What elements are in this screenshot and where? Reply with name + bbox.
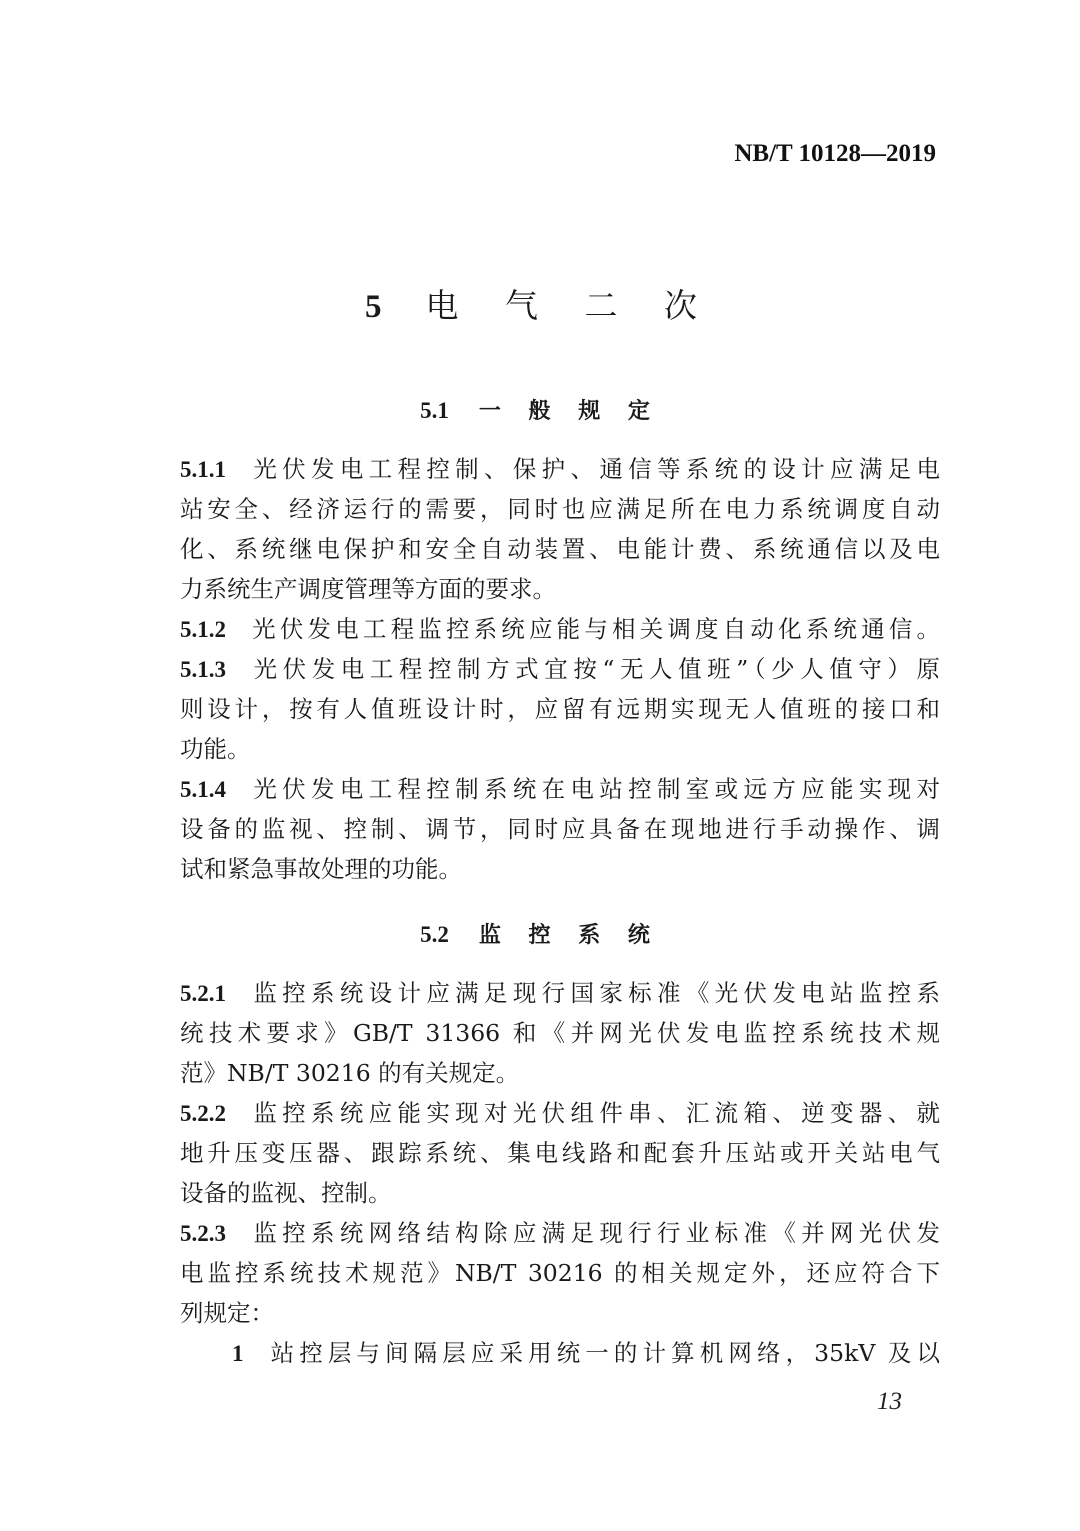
clause-5-2-1-line: 统技术要求》GB/T 31366 和《并网光伏发电监控系统技术规	[180, 1018, 940, 1048]
clause-5-2-1-line: 范》NB/T 30216 的有关规定。	[180, 1058, 940, 1088]
clause-5-2-1-line: 5.2.1监控系统设计应满足现行国家标准《光伏发电站监控系	[180, 978, 940, 1009]
clause-number: 5.1.4	[180, 777, 226, 802]
clause-5-2-3-line: 列规定：	[180, 1298, 940, 1328]
clause-text: 光伏发电工程控制系统在电站控制室或远方应能实现对	[248, 775, 940, 803]
clause-5-1-1-line: 5.1.1光伏发电工程控制、保护、通信等系统的设计应满足电	[180, 454, 940, 485]
clause-text: 光伏发电工程控制方式宜按“无人值班”（少人值守）原	[248, 655, 940, 683]
clause-text: 监控系统应能实现对光伏组件串、汇流箱、逆变器、就	[248, 1099, 940, 1127]
clause-5-1-4-line: 5.1.4光伏发电工程控制系统在电站控制室或远方应能实现对	[180, 774, 940, 805]
section-title: 一 般 规 定	[479, 398, 660, 424]
clause-5-1-3-line: 则设计，按有人值班设计时，应留有远期实现无人值班的接口和	[180, 694, 940, 724]
clause-5-1-4-line: 设备的监视、控制、调节，同时应具备在现地进行手动操作、调	[180, 814, 940, 844]
clause-number: 5.1.3	[180, 657, 226, 682]
clause-number: 5.2.3	[180, 1221, 226, 1246]
clause-5-1-3-line: 5.1.3光伏发电工程控制方式宜按“无人值班”（少人值守）原	[180, 654, 940, 685]
clause-5-1-1-line: 站安全、经济运行的需要，同时也应满足所在电力系统调度自动	[180, 494, 940, 524]
standard-code: NB/T 10128—2019	[734, 140, 936, 168]
item-text: 站控层与间隔层应采用统一的计算机网络，35kV 及以	[266, 1339, 941, 1367]
clause-5-1-1-line: 力系统生产调度管理等方面的要求。	[180, 574, 940, 604]
clause-number: 5.2.1	[180, 981, 226, 1006]
clause-5-2-3-line: 5.2.3监控系统网络结构除应满足现行行业标准《并网光伏发	[180, 1218, 940, 1249]
clause-text: 监控系统设计应满足现行国家标准《光伏发电站监控系	[248, 979, 940, 1007]
clause-number: 5.2.2	[180, 1101, 226, 1126]
section-title: 监 控 系 统	[479, 922, 660, 948]
clause-5-2-2-line: 地升压变压器、跟踪系统、集电线路和配套升压站或开关站电气	[180, 1138, 940, 1168]
section-heading-5-1: 5.1一 般 规 定	[0, 394, 1080, 425]
clause-5-1-1-line: 化、系统继电保护和安全自动装置、电能计费、系统通信以及电	[180, 534, 940, 564]
clause-5-1-3-line: 功能。	[180, 734, 940, 764]
clause-5-2-3-line: 电监控系统技术规范》NB/T 30216 的相关规定外，还应符合下	[180, 1258, 940, 1288]
clause-number: 5.1.2	[180, 617, 226, 642]
page-number: 13	[877, 1388, 902, 1416]
clause-text: 光伏发电工程控制、保护、通信等系统的设计应满足电	[248, 455, 940, 483]
clause-5-1-4-line: 试和紧急事故处理的功能。	[180, 854, 940, 884]
clause-5-2-2-line: 5.2.2监控系统应能实现对光伏组件串、汇流箱、逆变器、就	[180, 1098, 940, 1129]
chapter-title: 电 气 二 次	[426, 286, 715, 325]
chapter-number: 5	[365, 289, 386, 325]
item-number: 1	[232, 1341, 244, 1366]
section-heading-5-2: 5.2监 控 系 统	[0, 918, 1080, 949]
clause-text: 光伏发电工程监控系统应能与相关调度自动化系统通信。	[248, 615, 940, 643]
clause-number: 5.1.1	[180, 457, 226, 482]
section-number: 5.1	[420, 398, 449, 423]
clause-5-2-2-line: 设备的监视、控制。	[180, 1178, 940, 1208]
list-item: 1站控层与间隔层应采用统一的计算机网络，35kV 及以	[180, 1338, 940, 1369]
clause-5-1-2-line: 5.1.2光伏发电工程监控系统应能与相关调度自动化系统通信。	[180, 614, 940, 645]
clause-text: 监控系统网络结构除应满足现行行业标准《并网光伏发	[248, 1219, 940, 1247]
chapter-heading: 5电 气 二 次	[0, 280, 1080, 327]
section-number: 5.2	[420, 922, 449, 947]
